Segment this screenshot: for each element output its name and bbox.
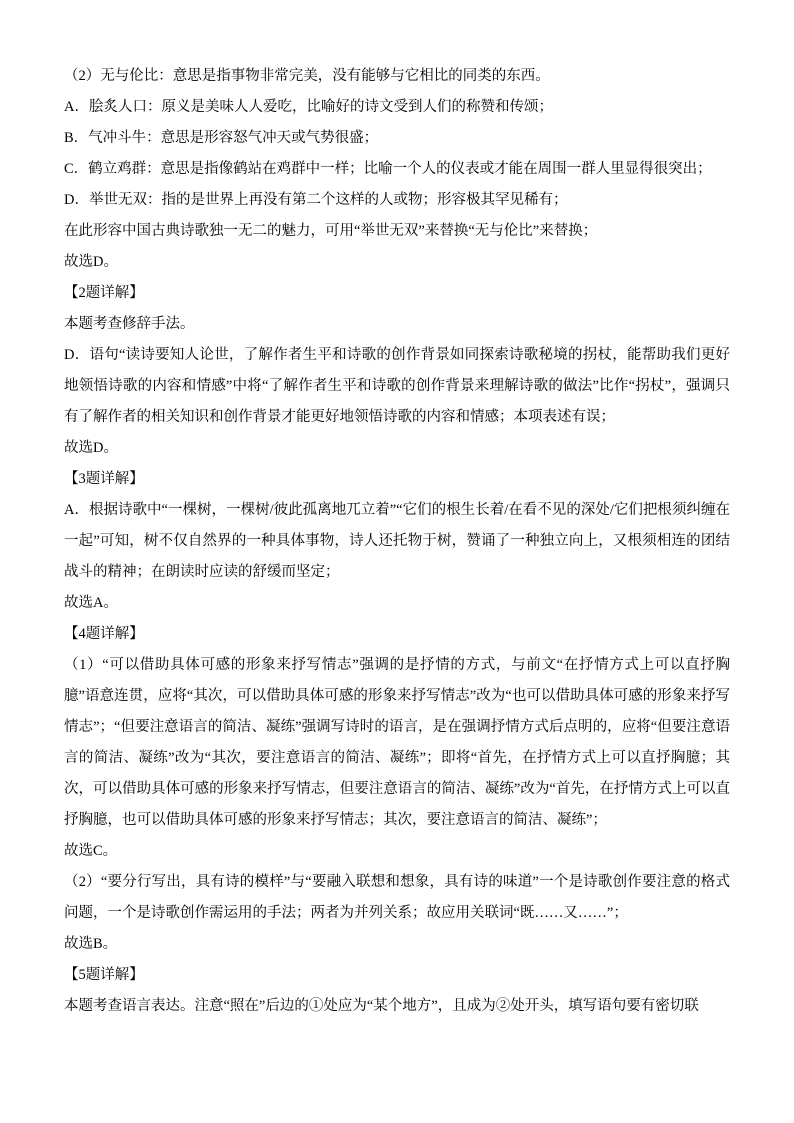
paragraph-conclusion: 故选B。 bbox=[64, 929, 730, 960]
paragraph-option: A．根据诗歌中“一棵树，一棵树/彼此孤离地兀立着”“它们的根生长着/在看不见的深… bbox=[64, 495, 730, 588]
paragraph-option: D．语句“读诗要知人论世，了解作者生平和诗歌的创作背景如同探索诗歌秘境的拐杖，能… bbox=[64, 340, 730, 433]
document-page: （2）无与伦比：意思是指事物非常完美，没有能够与它相比的同类的东西。A．脍炙人口… bbox=[0, 0, 794, 1123]
paragraph-option: A．脍炙人口：原义是美味人人爱吃，比喻好的诗文受到人们的称赞和传颂； bbox=[64, 92, 730, 123]
paragraph-heading: 【2题详解】 bbox=[64, 278, 730, 309]
paragraph-option: B．气冲斗牛：意思是形容怒气冲天或气势很盛； bbox=[64, 123, 730, 154]
paragraph-body: （1）“可以借助具体可感的形象来抒写情志”强调的是抒情的方式，与前文“在抒情方式… bbox=[64, 650, 730, 836]
paragraph-conclusion: 故选A。 bbox=[64, 588, 730, 619]
paragraph-body: 本题考查语言表达。注意“照在”后边的①处应为“某个地方”，且成为②处开头，填写语… bbox=[64, 991, 730, 1022]
paragraph-option: C．鹤立鸡群：意思是指像鹤站在鸡群中一样；比喻一个人的仪表或才能在周围一群人里显… bbox=[64, 154, 730, 185]
paragraph-conclusion: 故选D。 bbox=[64, 247, 730, 278]
paragraph-conclusion: 故选C。 bbox=[64, 836, 730, 867]
page-content: （2）无与伦比：意思是指事物非常完美，没有能够与它相比的同类的东西。A．脍炙人口… bbox=[0, 0, 794, 1022]
paragraph-body: 在此形容中国古典诗歌独一无二的魅力，可用“举世无双”来替换“无与伦比”来替换； bbox=[64, 216, 730, 247]
paragraph-body: 本题考查修辞手法。 bbox=[64, 309, 730, 340]
paragraph-heading: 【5题详解】 bbox=[64, 960, 730, 991]
paragraph-conclusion: 故选D。 bbox=[64, 433, 730, 464]
paragraph-option: D．举世无双：指的是世界上再没有第二个这样的人或物；形容极其罕见稀有； bbox=[64, 185, 730, 216]
paragraph-body: （2）无与伦比：意思是指事物非常完美，没有能够与它相比的同类的东西。 bbox=[64, 61, 730, 92]
answer-explanation-text: （2）无与伦比：意思是指事物非常完美，没有能够与它相比的同类的东西。A．脍炙人口… bbox=[64, 61, 730, 1022]
paragraph-body: （2）“要分行写出，具有诗的模样”与“要融入联想和想象，具有诗的味道”一个是诗歌… bbox=[64, 867, 730, 929]
paragraph-heading: 【3题详解】 bbox=[64, 464, 730, 495]
paragraph-heading: 【4题详解】 bbox=[64, 619, 730, 650]
